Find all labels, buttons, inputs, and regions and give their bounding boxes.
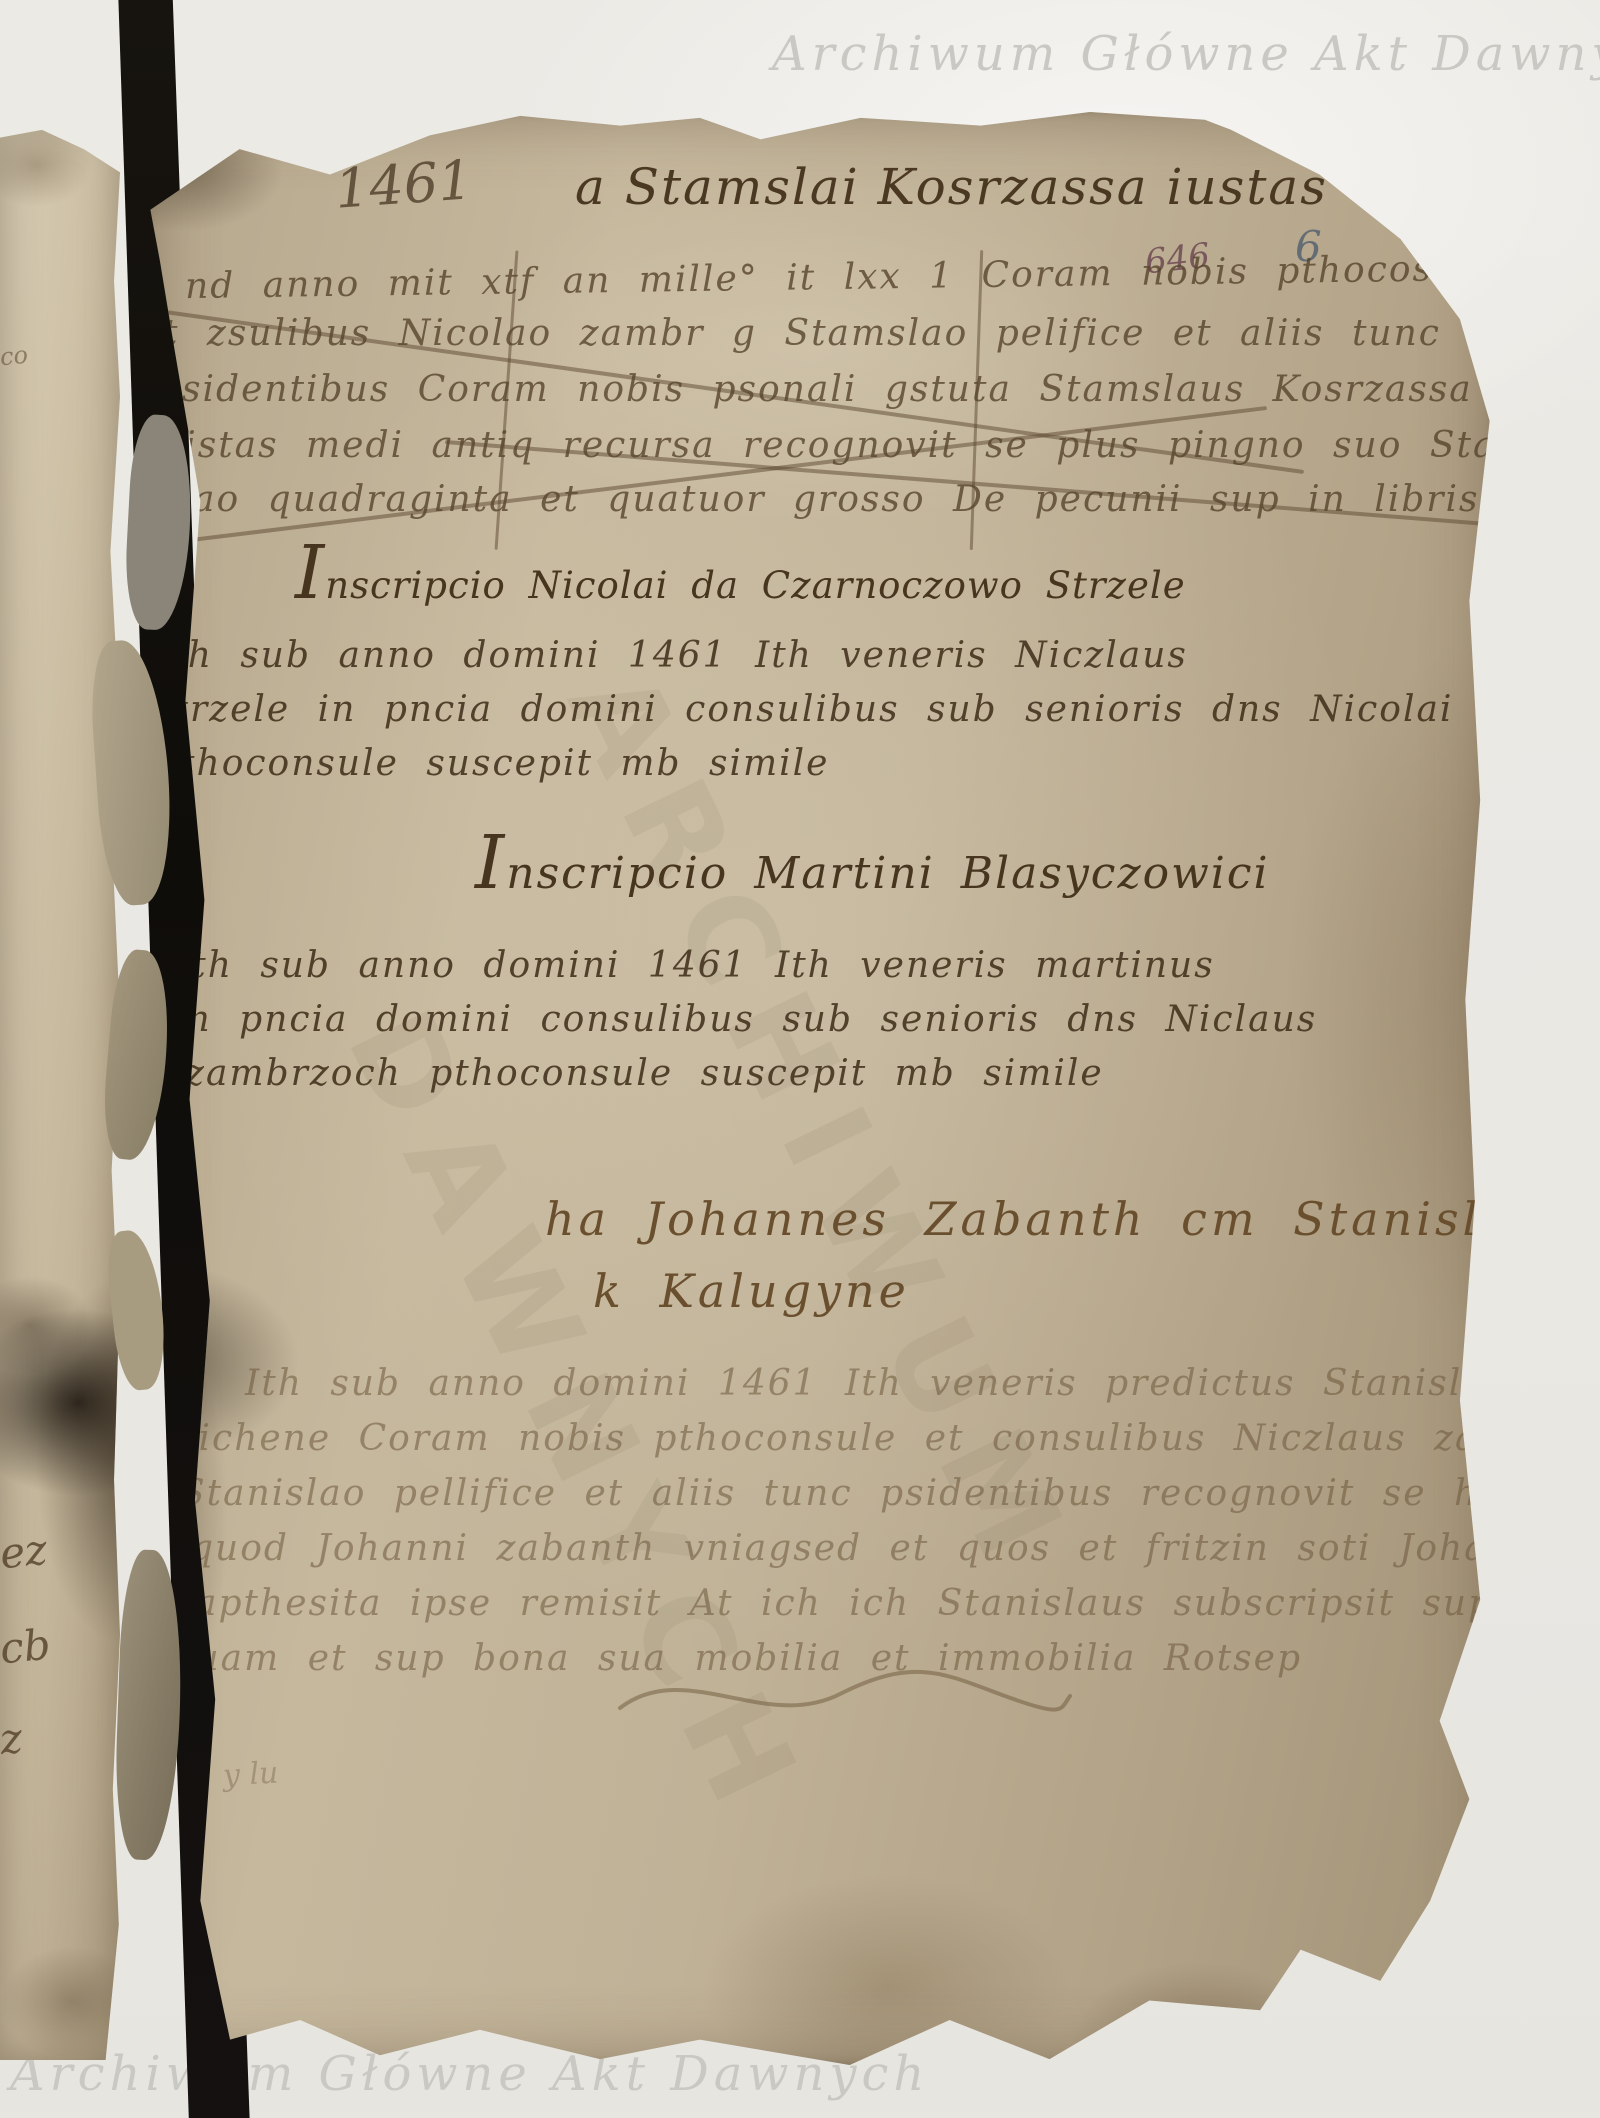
left-edge-fragment: co xyxy=(0,343,29,370)
entry-heading: Inscripcio Nicolai da Czarnoczowo Strzel… xyxy=(295,536,1186,610)
manuscript-line: zambrzoch pthoconsule suscepit mb simile xyxy=(185,1056,1104,1092)
left-edge-fragment: z xyxy=(0,1717,24,1761)
manuscript-line: in pncia domini consulibus sub senioris … xyxy=(173,1002,1317,1038)
manuscript-line: Ith sub anno domini 1461 Ith veneris pre… xyxy=(245,1366,1531,1402)
manuscript-line: strzele in pncia domini consulibus sub s… xyxy=(153,692,1453,728)
manuscript-line: bapthesita ipse remisit At ich ich Stani… xyxy=(170,1586,1600,1622)
left-edge-fragment: cb xyxy=(0,1623,52,1670)
flourish-mark xyxy=(615,1666,1075,1736)
manuscript-line: lichene Coram nobis pthoconsule et consu… xyxy=(185,1421,1600,1457)
archive-watermark-top: Archiwum Główne Akt Dawnych xyxy=(772,26,1600,82)
page-title: a Stamslai Kosrzassa iustas xyxy=(575,162,1328,212)
title-year: 1461 xyxy=(333,153,474,216)
manuscript-line: Ith sub anno domini 1461 Ith veneris mar… xyxy=(175,948,1215,984)
entry-heading: ha Johannes Zabanth cm Stanislai xyxy=(545,1196,1531,1242)
manuscript-line: pthoconsule suscepit mb simile xyxy=(155,746,829,782)
manuscript-line: nd anno mit xtf an mille° it lxx 1 Coram… xyxy=(185,251,1486,305)
manuscript-line: t zsulibus Nicolao zambr g Stamslao peli… xyxy=(163,316,1441,352)
left-page-edge: co ez cb z xyxy=(0,126,120,2060)
manuscript-line: Ith sub anno domini 1461 Ith veneris Nic… xyxy=(155,638,1188,674)
manuscript-line: quod Johanni zabanth vniagsed et quos et… xyxy=(190,1531,1561,1567)
manuscript-page: ARCHIWUM DAWNYCH 1461 a Stamslai Kosrzas… xyxy=(145,110,1495,2065)
manuscript-line: slao quadraginta et quatuor grosso De pe… xyxy=(159,482,1600,518)
entry-heading: Inscripcio Martini Blasyczowici xyxy=(475,826,1270,900)
scanned-document: Archiwum Główne Akt Dawnych Archiwum Głó… xyxy=(0,0,1600,2118)
faint-note: y lu xyxy=(222,1759,279,1792)
manuscript-line: Stanislao pellifice et aliis tunc psiden… xyxy=(180,1476,1594,1512)
entry-heading: k Kalugyne xyxy=(593,1268,910,1314)
left-edge-fragment: ez xyxy=(0,1529,49,1576)
